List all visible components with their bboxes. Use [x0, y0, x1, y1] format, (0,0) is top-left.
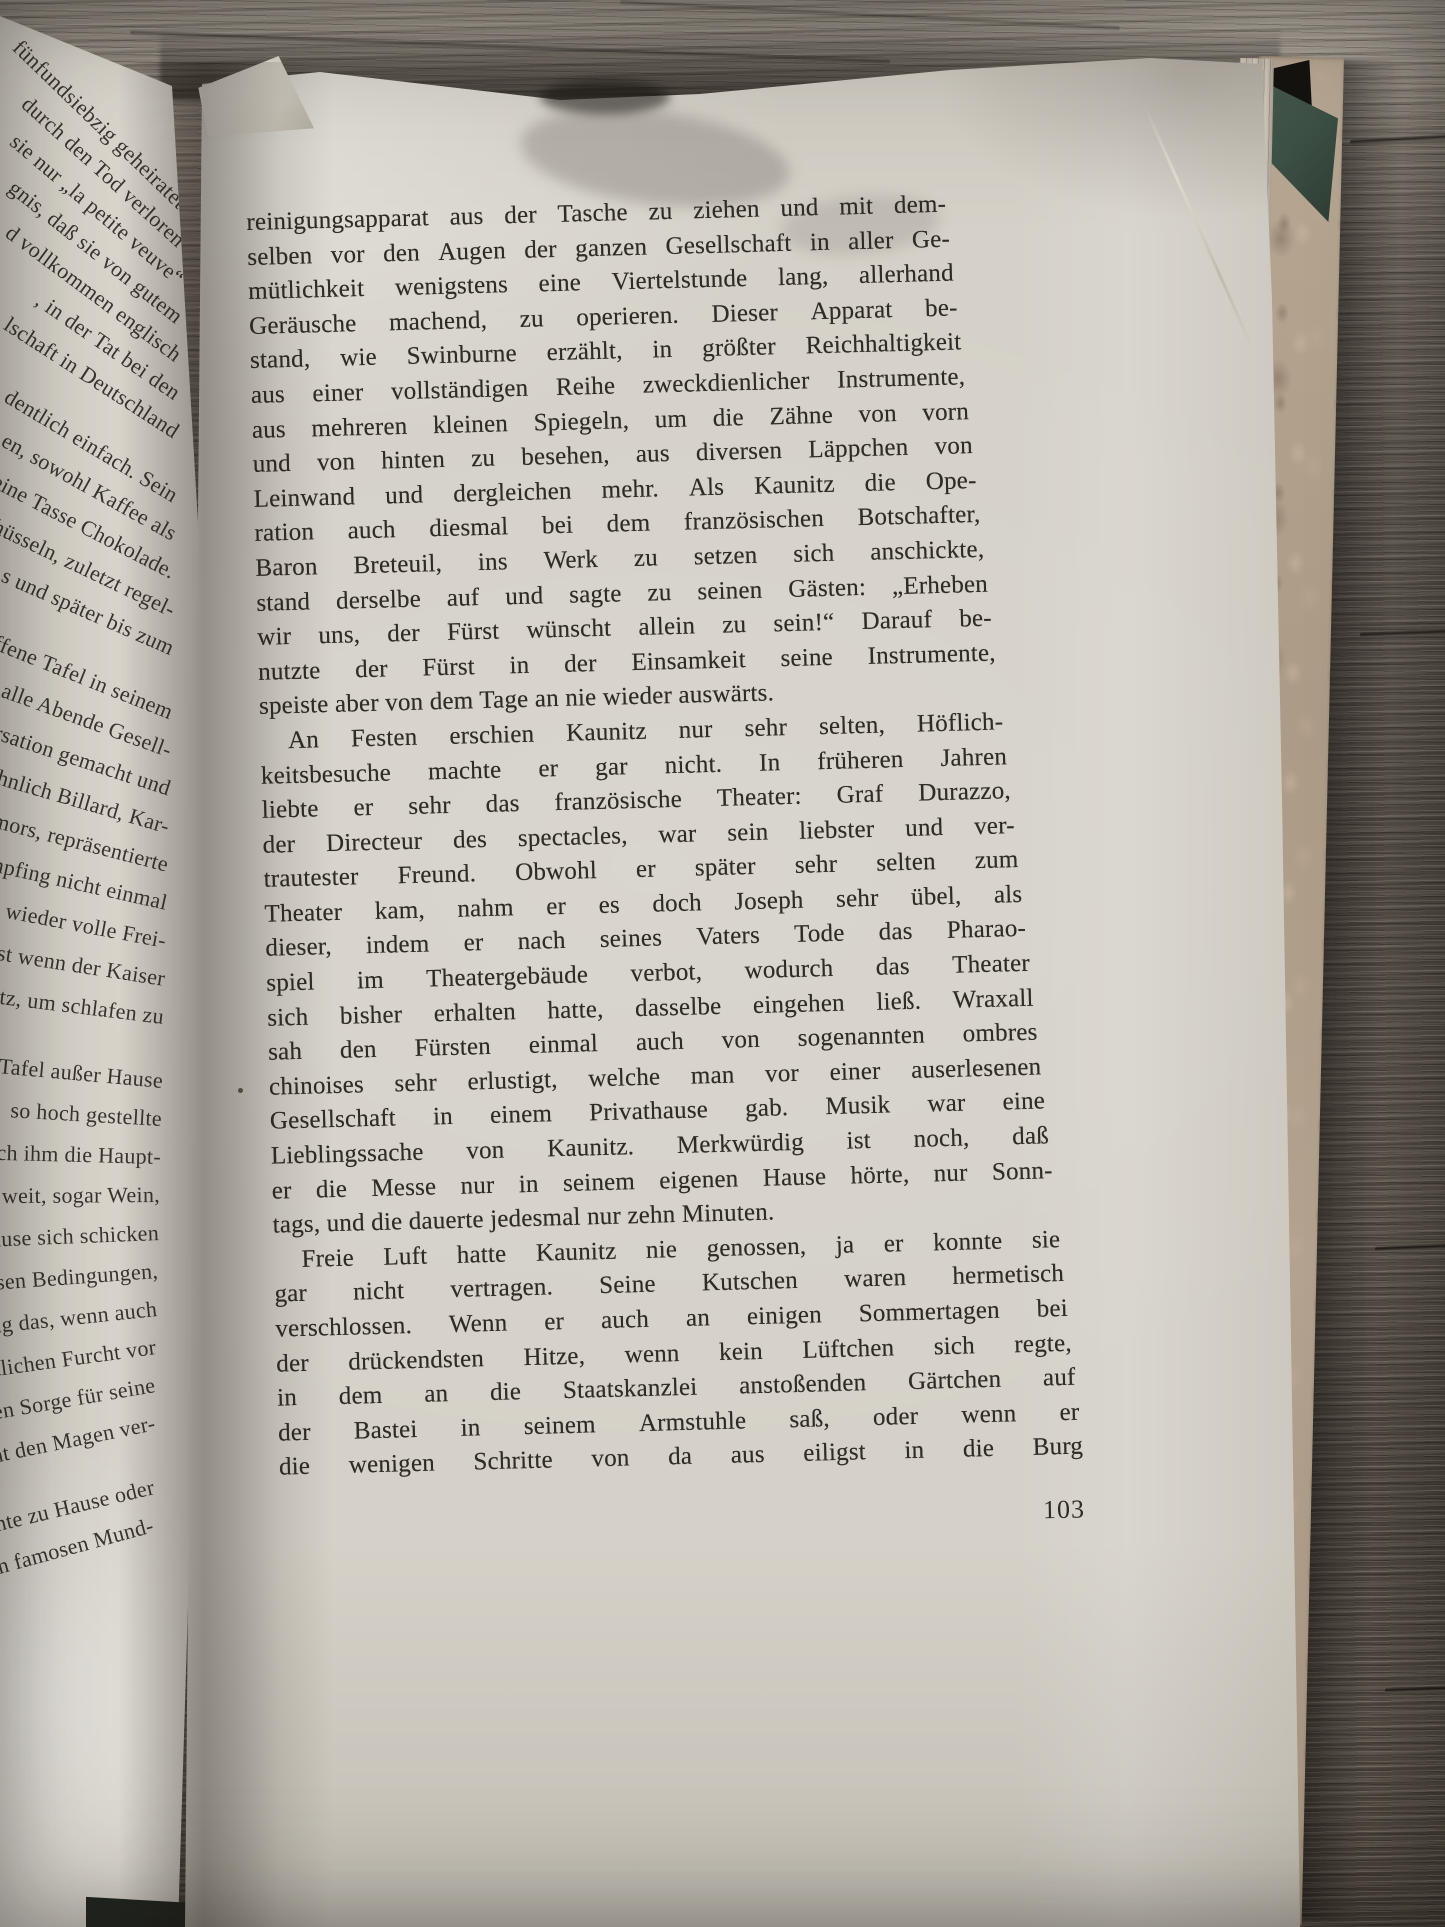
left-page-text-fragment: o weit, sogar Wein,: [0, 1181, 160, 1211]
top-edge-shadow: [540, 80, 670, 114]
left-page-text-fragment: r Tafel außer Hause: [0, 1037, 164, 1095]
right-page-text: reinigungsapparatausderTaschezuziehenund…: [246, 182, 1199, 1486]
page-number: 103: [915, 1495, 1085, 1528]
page-speck: [238, 1088, 243, 1093]
book-photo: fünfundsiebzig geheiratetdurch den Tod v…: [0, 0, 1445, 1927]
left-page-text-fragment: Hause sich schicken: [0, 1219, 160, 1260]
right-page: reinigungsapparatausderTaschezuziehenund…: [0, 0, 1445, 1927]
left-page-text-fragment: Koch ihm die Haupt-: [0, 1134, 162, 1171]
